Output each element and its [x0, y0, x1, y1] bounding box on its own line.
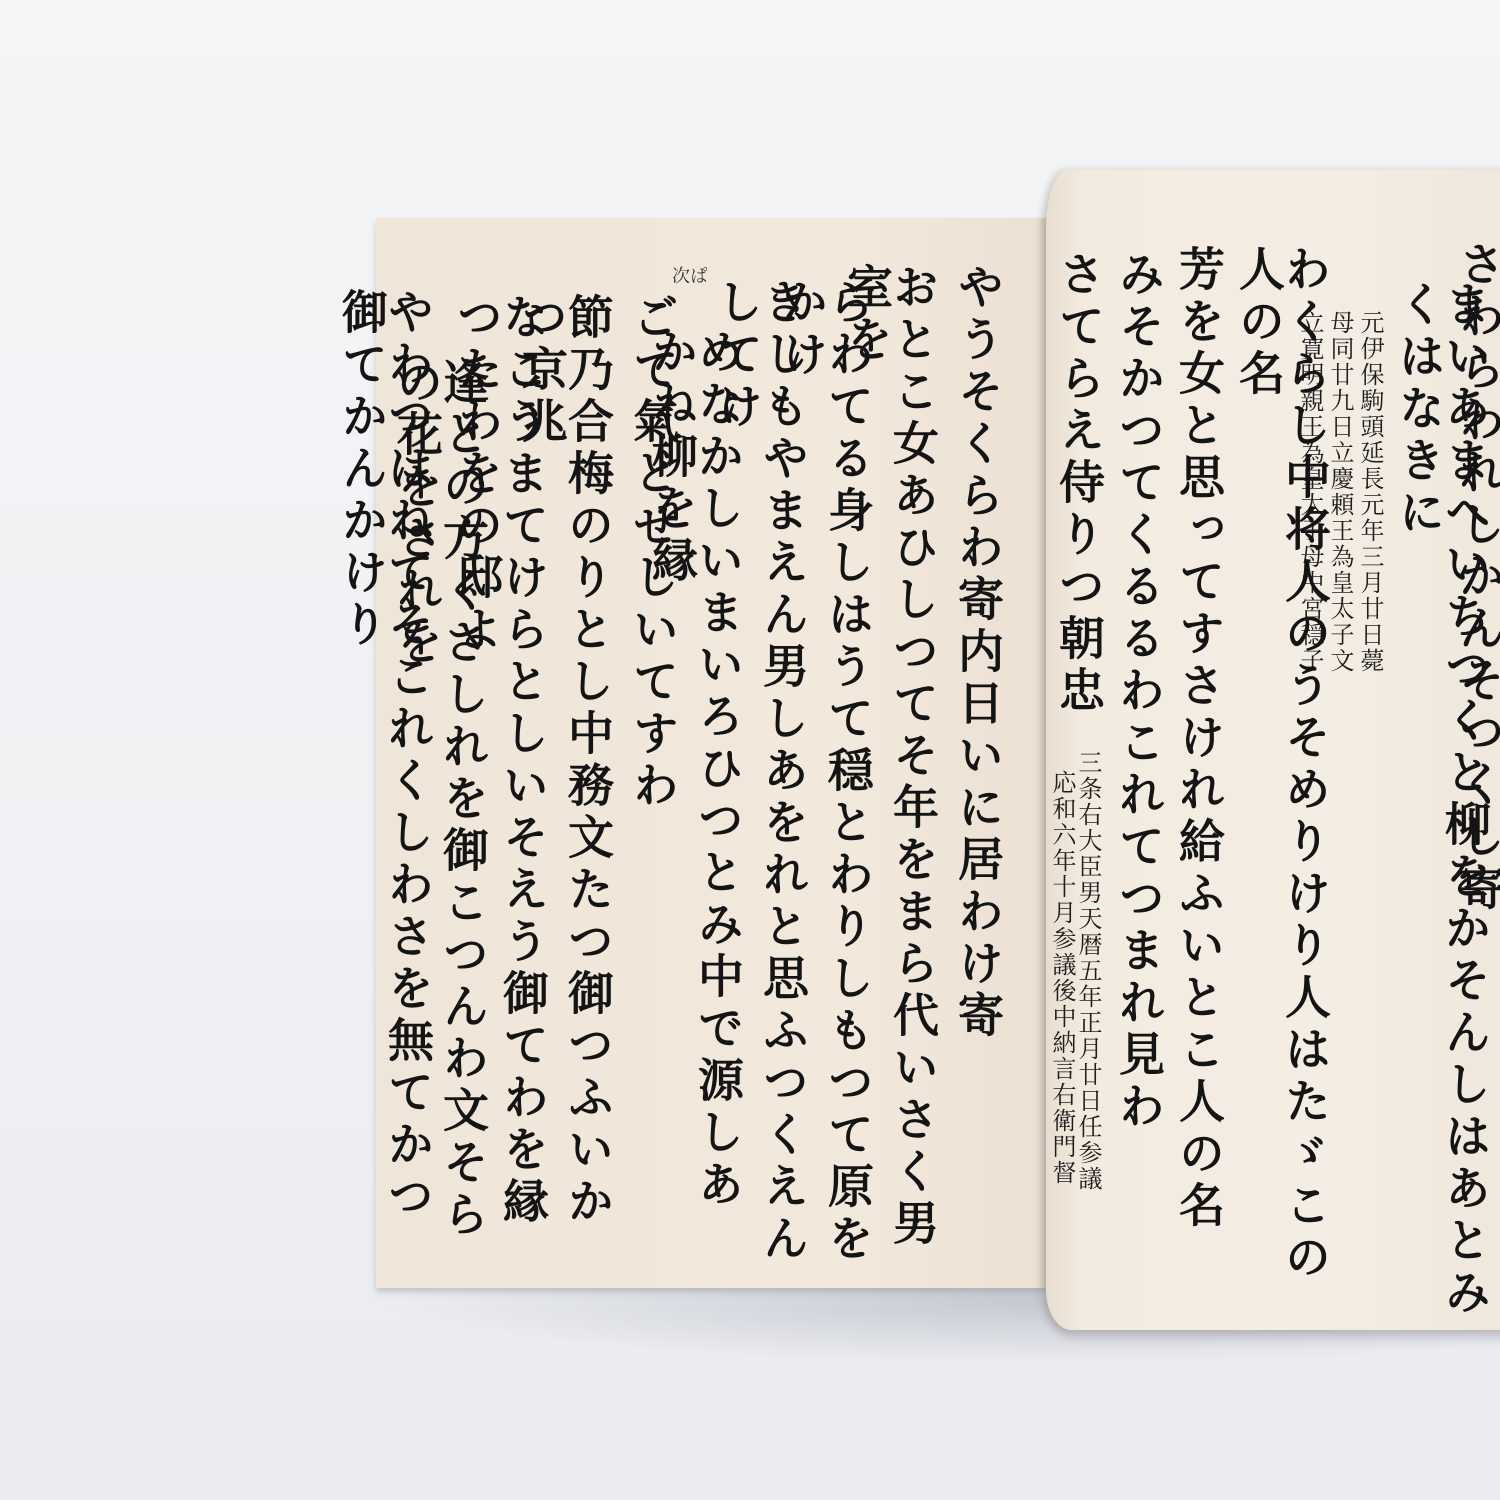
right-page: さわらわれしかんそつくし寄 まいあまへいちつくと柳をかそんしはあとみくはなきに … — [1046, 170, 1500, 1330]
right-annotation-4: 三条右大臣男天暦五年正月廿日任参議 — [1076, 750, 1100, 1270]
left-column-1: やうそくらわ寄内日いに居わけ寄 — [955, 263, 1001, 1263]
left-column-6: ごて氣とせしいてすわ — [630, 293, 676, 853]
left-page: やうそくらわ寄内日いに居わけ寄 おとこ女あひしつてそ年をまら代いさく男室を らわ… — [376, 218, 1056, 1288]
right-column-4: 芳を女と思ってすさけれ給ふいとこ人の名 — [1176, 245, 1222, 1285]
right-column-5: みそかつてくるるわこれてつまれ見わ — [1116, 250, 1162, 1230]
right-annotation-5: 応和六年十月参議後中納言右衛門督 — [1050, 770, 1074, 1270]
left-gloss: ぱ 次 — [670, 266, 706, 306]
right-column-3: わくらし中将人のうそめりけり人はたゞこの人の名 — [1236, 245, 1328, 1285]
left-column-10: やわつはねてそこれくしわさを無てかつ御てかんかけり — [339, 288, 431, 1268]
right-annotation-1: 元伊保駒頭延長元年三月廿日薨 — [1358, 310, 1382, 1260]
right-column-2: まいあまへいちつくと柳をかそんしはあとみくはなきに — [1396, 280, 1488, 1320]
right-column-6: さてらえ侍りつ朝忠 — [1056, 250, 1102, 790]
